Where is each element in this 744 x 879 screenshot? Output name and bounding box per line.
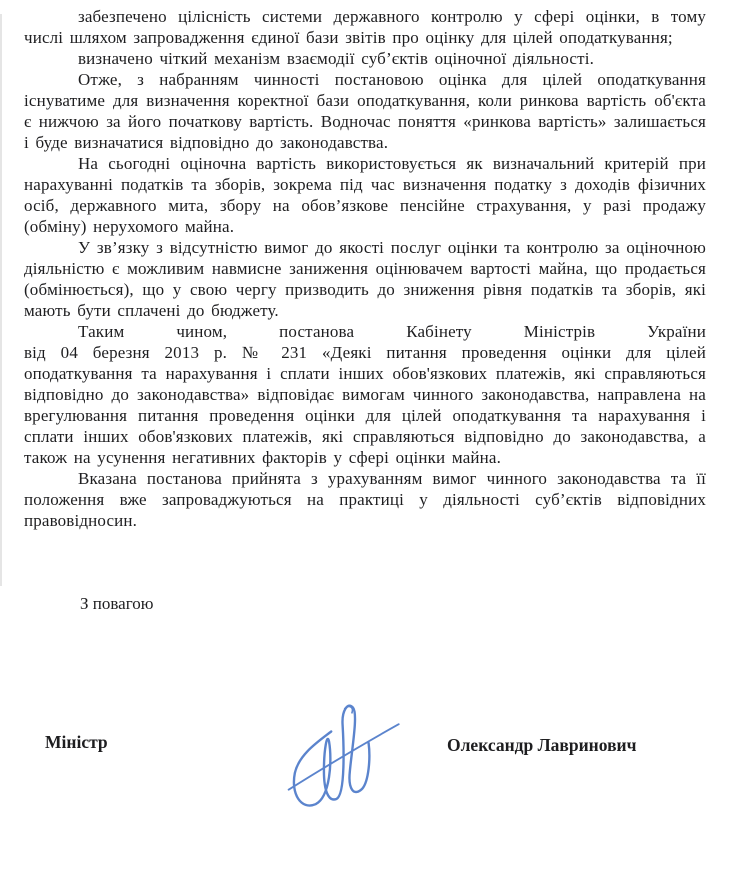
paragraph: визначено чіткий механізм взаємодії суб’… [24,48,706,69]
signatory-name: Олександр Лавринович [447,735,636,756]
document-page: забезпечено цілісність системи державног… [0,0,744,879]
scan-edge-artifact [0,14,2,586]
signatory-title: Міністр [45,732,108,753]
paragraphs: забезпечено цілісність системи державног… [24,6,706,531]
paragraph: забезпечено цілісність системи державног… [24,6,706,48]
paragraph: від 04 березня 2013 р. № 231 «Деякі пита… [24,342,706,468]
paragraph: Отже, з набранням чинності постановою оц… [24,69,706,153]
handwritten-signature [272,696,407,821]
letter-body: забезпечено цілісність системи державног… [24,6,706,839]
paragraph: На сьогодні оціночна вартість використов… [24,153,706,237]
paragraph: У зв’язку з відсутністю вимог до якості … [24,237,706,321]
closing-salutation: З повагою [24,593,706,614]
paragraph: Вказана постанова прийнята з урахуванням… [24,468,706,531]
signature-block: Міністр Олександр Лавринович [24,704,706,839]
paragraph-lead-line: Таким чином, постанова Кабінету Міністрі… [24,321,706,342]
